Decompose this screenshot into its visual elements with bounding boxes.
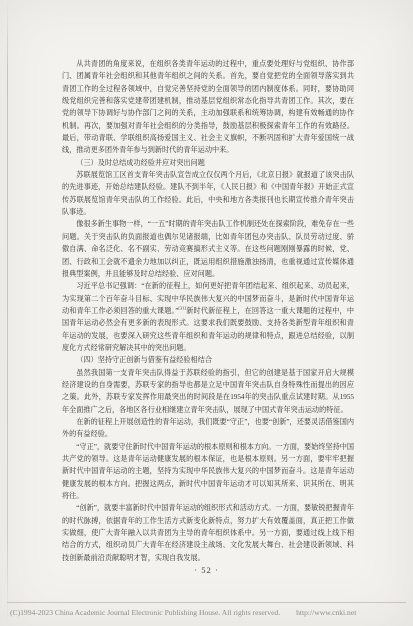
section-heading-4: （四）坚持守正创新与借鉴有益经验相结合 [62,354,354,366]
page-number: · 52 · [0,565,413,575]
paragraph: 像很多新生事物一样，“一五”时期的青年突击队工作机制还处在探索阶段，难免存在一些… [62,218,354,280]
footer: (C)1994-2023 China Academic Journal Elec… [7,602,406,617]
article-body: 从共青团的角度来说，在组织各类青年运动的过程中，重点要处理好与党组织、协作部门、… [62,58,354,564]
paragraph: “创新”，就要丰富新时代中国青年运动的组织形式和活动方式。一方面，要敏锐把握青年… [62,502,354,564]
paragraph: 在新的征程上开展创造性的青年运动，我们既要“守正”，也要“创新”，还要灵活借鉴国… [62,416,354,441]
paragraph: “守正”，就要守住新时代中国青年运动的根本原则和根本方向。一方面，要始终坚持中国… [62,441,354,503]
paragraph: 虽然我国第一支青年突击队得益于苏联经验的指引，但它的创建是基于国家开启大规模经济… [62,367,354,416]
paragraph: 苏联展览馆工区首支青年突击队宣告成立仅仅两个月后，《北京日报》就报道了该突击队的… [62,169,354,218]
section-heading-3: （三）及时总结成功经验并应对突出问题 [62,157,354,169]
paragraph-with-footnote: 习近平总书记强调：“在新的征程上，如何更好把青年团结起来、组织起来、动员起来，为… [62,280,354,354]
scan-artifact-line [7,0,8,626]
footer-copyright: (C)1994-2023 China Academic Journal Elec… [10,608,280,617]
footnote-reference: [31] [178,306,186,311]
scanned-journal-page: 从共青团的角度来说，在组织各类青年运动的过程中，重点要处理好与党组织、协作部门、… [0,0,413,626]
paragraph: 从共青团的角度来说，在组织各类青年运动的过程中，重点要处理好与党组织、协作部门、… [62,58,354,157]
footer-url: http://www.cnki.net [296,608,356,617]
